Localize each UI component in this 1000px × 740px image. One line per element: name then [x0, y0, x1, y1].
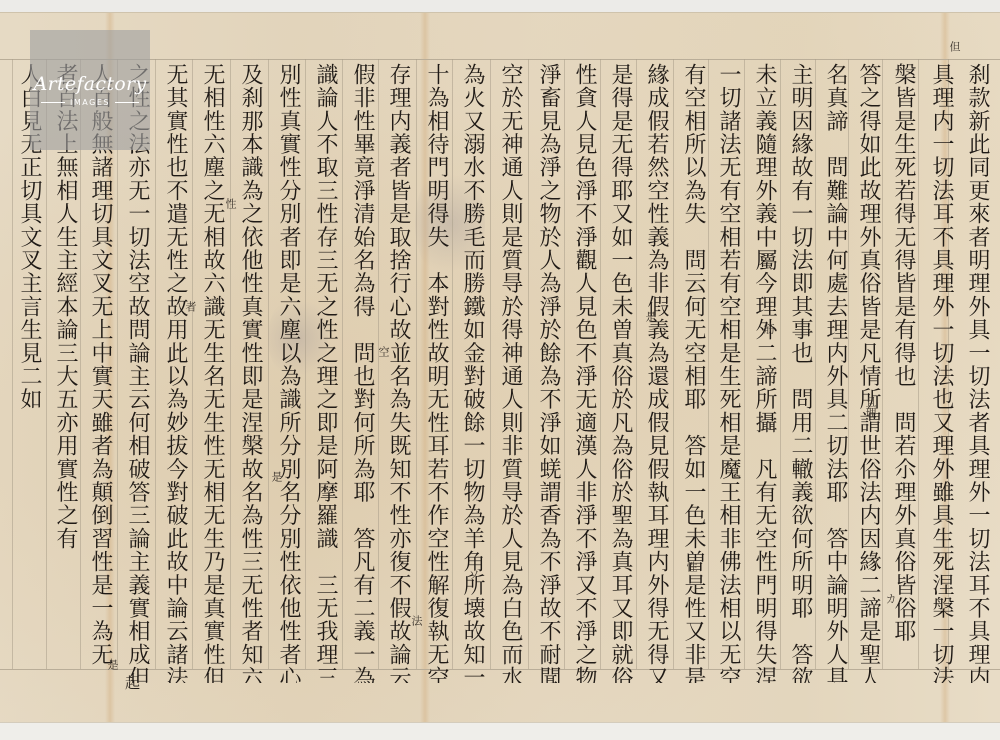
column-ruling: [600, 59, 601, 669]
column-ruling: [80, 59, 81, 669]
marginal-gloss: 筋: [760, 323, 776, 334]
column-ruling: [46, 59, 47, 669]
column-ruling: [636, 59, 637, 669]
marginal-gloss: 起: [122, 675, 143, 690]
watermark-subtitle-row: IMAGES: [41, 98, 139, 107]
text-column-13: 淨畜見為淨之物於人為淨於餘為不淨如蜣謂香為不淨故不耐聞之又一色亦不: [533, 63, 563, 683]
text-column-17: 存理内義者皆是取捨行心故並名為失既知不性亦復不假故論云无性法亦无一切空故離: [383, 63, 413, 683]
mount-top-border: [0, 0, 1000, 12]
text-column-19: 識論人不取三性存三无之性之理之即是阿摩羅識 三无我理三性謂依他性分: [310, 63, 340, 683]
marginal-gloss: ソ: [465, 569, 481, 580]
text-column-9: 有空相所以為失 問云何无空相耶 答如一色未曽是性又非是假於緣成性於假: [678, 63, 708, 683]
text-column-2: 具理内一切法耳不具理外一切法也又理外雖具生死涅槃一切法若生死若涅: [926, 63, 956, 683]
column-ruling: [815, 59, 816, 669]
column-ruling: [268, 59, 269, 669]
watermark-brand: Artefactory: [34, 73, 147, 95]
marginal-gloss: 性: [683, 561, 699, 572]
text-column-1: 刹款新此同更來者明理外具一切法者具理外一切法耳不具理内一切法理: [962, 63, 992, 683]
text-column-22: 无相性六塵之无相故六識无生名无生性无相无生乃是真實性但塵識虚妄既: [197, 63, 227, 683]
text-column-5: 名真諦 問難論中何處去理内外具二切法耶 答中論明外人具立一切法論: [820, 63, 850, 683]
text-column-10: 緣成假若然空性義為非假義為還成假見假執耳理内外得无得又尒色何曽: [641, 63, 671, 683]
marginal-gloss: 法: [408, 615, 424, 626]
marginal-gloss: 空: [375, 346, 391, 357]
marginal-gloss: 是: [268, 471, 284, 482]
text-column-14: 空於无神通人則是質㝵於得神通人則非質㝵於人見為白色而水於鬼赤色: [495, 63, 525, 683]
column-ruling: [708, 59, 709, 669]
column-ruling: [230, 59, 231, 669]
manuscript-paper: 刹款新此同更來者明理外具一切法者具理外一切法耳不具理内一切法理 具理内一切法耳不…: [0, 12, 1000, 723]
column-ruling: [673, 59, 674, 669]
column-ruling: [192, 59, 193, 669]
column-ruling: [780, 59, 781, 669]
marginal-gloss: カ: [882, 593, 898, 604]
marginal-gloss: 是: [642, 311, 658, 322]
watermark: Artefactory IMAGES: [30, 30, 150, 150]
column-ruling: [117, 59, 118, 669]
text-column-11: 是得是无得耶又如一色未曽真俗於凡為俗於聖為真耳又即就俗中亦无空: [605, 63, 635, 683]
marginal-gloss: 但: [946, 41, 962, 52]
text-column-18: 假非性畢竟淨清始名為得 問也對何所為耶 答凡有二義一為興予攝大乗及唯: [347, 63, 377, 683]
column-ruling: [564, 59, 565, 669]
text-column-20: 別性真實性分別者即是六塵以為識所分別名分別性依他性者心識依六塵: [273, 63, 303, 683]
text-column-24: 之性之法亦无一切法空故問論主云何相破答三論主義實相成但天親借无性破性: [122, 63, 152, 683]
text-column-3: 槃皆是生死若得无得皆是有得也 問若尒理外真俗皆俗耶: [888, 63, 918, 683]
watermark-subtitle: IMAGES: [70, 98, 110, 107]
text-column-16: 十為相待門明得失 本對性故明无性耳若不作空性解復執无空性捨理外而: [421, 63, 451, 683]
text-column-7: 未立義隨理外義中屬今理外二諦所攝 凡有无空性門明得失涅槃經云: [749, 63, 779, 683]
text-column-27: 人白見无正切具文叉主言生見二如: [14, 63, 44, 683]
text-column-21: 及刹那本識為之依他性真實性即是涅槃故名為性三无性者知六塵无相可得名: [235, 63, 265, 683]
column-ruling: [744, 59, 745, 669]
column-ruling: [305, 59, 306, 669]
marginal-gloss: 且理: [862, 396, 878, 418]
text-column-12: 性貪人見色淨不淨觀人見色不淨无適漢人非淨不淨又不淨之物於人為不: [569, 63, 599, 683]
divider-line: [41, 102, 65, 103]
column-ruling: [918, 59, 919, 669]
column-ruling: [12, 59, 13, 669]
column-ruling: [490, 59, 491, 669]
top-ruling-line: [0, 59, 1000, 60]
marginal-gloss: 是: [104, 659, 120, 670]
column-ruling: [155, 59, 156, 669]
text-column-6: 主明因緣故有一切法即其事也 問用二轍義欲何所明耶 答欲顯得失明由: [785, 63, 815, 683]
column-ruling: [528, 59, 529, 669]
text-column-25: 人百般無諸理切具文叉无上中實天雖者為顛倒習性是一為无: [85, 63, 115, 683]
text-column-23: 无其實性也不遣无性之故用此以為妙拔今對破此故中論云諸法後異故知皆无: [160, 63, 190, 683]
column-ruling: [452, 59, 453, 669]
text-column-26: 者百法上無相人生主經本論三大五亦用實性之有: [50, 63, 80, 683]
mount-bottom-border: [0, 722, 1000, 740]
marginal-gloss: 者: [182, 301, 198, 312]
column-ruling: [416, 59, 417, 669]
divider-line: [115, 102, 139, 103]
text-column-4: 答之得如此故理外真俗皆是凡情所謂世俗法内因緣二諦是聖人境界故皆: [853, 63, 883, 683]
text-column-8: 一切諸法无有空相若有空相是生死相是魔王相非佛法相以无空相故名為得: [713, 63, 743, 683]
column-ruling: [342, 59, 343, 669]
text-column-15: 為火又溺水不勝毛而勝鐵如金對破餘一切物為羊角所壊故知一切法无空性也: [457, 63, 487, 683]
marginal-gloss: 性: [222, 198, 238, 209]
column-ruling: [378, 59, 379, 669]
